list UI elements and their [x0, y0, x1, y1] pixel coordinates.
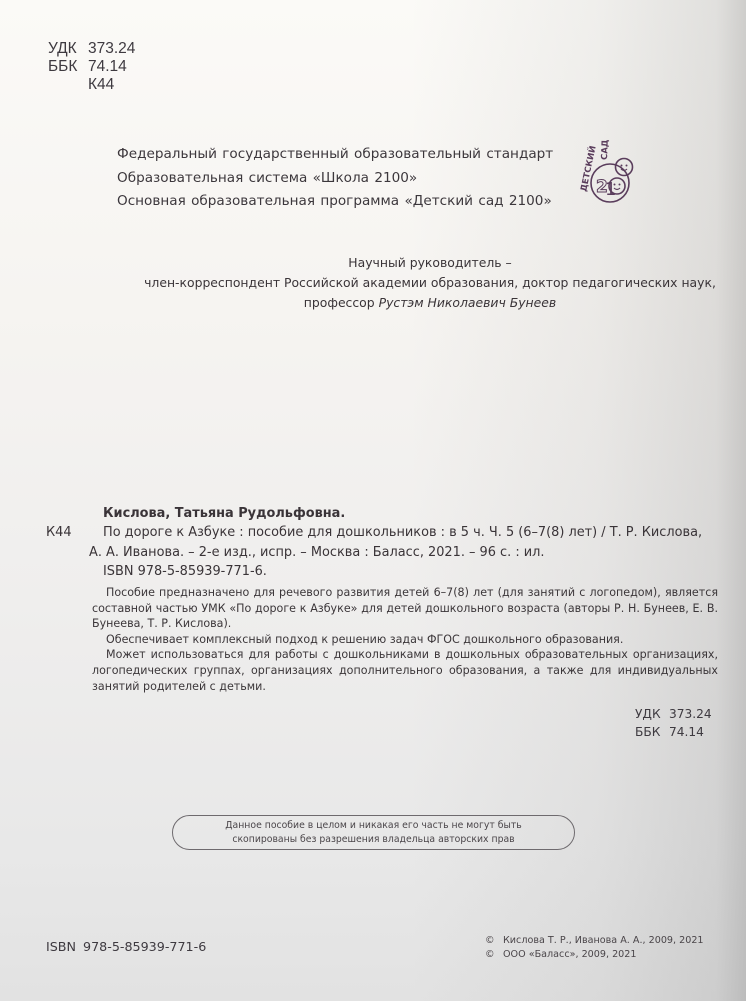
copyright-line: © Кислова Т. Р., Иванова А. А., 2009, 20… [485, 934, 704, 948]
standard-line: Федеральный государственный образователь… [117, 143, 553, 167]
copyright-holder: ООО «Баласс», 2009, 2021 [503, 948, 637, 962]
author-mark-row: К44 [48, 76, 135, 94]
annotation-paragraph: Обеспечивает комплексный подход к решени… [92, 632, 718, 648]
scientific-supervisor: Научный руководитель – член-корреспонден… [130, 253, 730, 313]
record-title-line: К44По дороге к Азбуке : пособие для дошк… [46, 523, 726, 542]
isbn-bottom: ISBN 978-5-85939-771-6 [46, 939, 206, 954]
notice-line: скопированы без разрешения владельца авт… [173, 833, 574, 847]
supervisor-title: Научный руководитель – [130, 253, 730, 273]
bbk-label: ББК [635, 723, 669, 741]
notice-line: Данное пособие в целом и никакая его час… [173, 819, 574, 833]
classification-top: УДК 373.24 ББК 74.14 К44 [48, 40, 135, 94]
copyrights: © Кислова Т. Р., Иванова А. А., 2009, 20… [485, 934, 704, 962]
udk-value: 373.24 [88, 40, 135, 58]
copyright-notice-box: Данное пособие в целом и никакая его час… [172, 815, 575, 850]
copyright-icon: © [485, 948, 503, 962]
copyright-icon: © [485, 934, 503, 948]
bibliographic-record: Кислова, Татьяна Рудольфовна. К44По доро… [46, 504, 726, 581]
standards-block: Федеральный государственный образователь… [117, 143, 553, 214]
supervisor-rank: профессор [304, 295, 375, 310]
annotation-paragraph: Может использоваться для работы с дошкол… [92, 647, 718, 694]
svg-text:1: 1 [605, 179, 616, 200]
annotation: Пособие предназначено для речевого разви… [92, 585, 718, 694]
udk-row: УДК 373.24 [635, 705, 712, 723]
standard-line: Основная образовательная программа «Детс… [117, 190, 553, 214]
copyright-line: © ООО «Баласс», 2009, 2021 [485, 948, 704, 962]
detsky-sad-2100-logo-icon: 2 1 ДЕТСКИЙ САД [572, 140, 650, 210]
author-mark: К44 [88, 76, 114, 94]
record-author: Кислова, Татьяна Рудольфовна. [46, 504, 726, 523]
bbk-row: ББК 74.14 [635, 723, 712, 741]
udk-label: УДК [635, 705, 669, 723]
bbk-value: 74.14 [669, 723, 704, 741]
record-isbn: ISBN 978-5-85939-771-6. [46, 562, 726, 581]
classification-bottom: УДК 373.24 ББК 74.14 [635, 705, 712, 741]
udk-label: УДК [48, 40, 88, 58]
record-imprint: А. А. Иванова. – 2-е изд., испр. – Москв… [46, 543, 726, 562]
udk-row: УДК 373.24 [48, 40, 135, 58]
bbk-label: ББК [48, 58, 88, 76]
svg-text:САД: САД [600, 140, 611, 160]
supervisor-name-line: профессор Рустэм Николаевич Бунеев [130, 293, 730, 313]
bbk-row: ББК 74.14 [48, 58, 135, 76]
copyright-holder: Кислова Т. Р., Иванова А. А., 2009, 2021 [503, 934, 704, 948]
annotation-paragraph: Пособие предназначено для речевого разви… [92, 585, 718, 632]
standard-line: Образовательная система «Школа 2100» [117, 167, 553, 191]
supervisor-name: Рустэм Николаевич Бунеев [379, 295, 557, 310]
bbk-value: 74.14 [88, 58, 127, 76]
udk-value: 373.24 [669, 705, 712, 723]
record-author-mark: К44 [46, 523, 103, 542]
record-title: По дороге к Азбуке : пособие для дошколь… [103, 525, 702, 540]
supervisor-credentials: член-корреспондент Российской академии о… [130, 273, 730, 293]
